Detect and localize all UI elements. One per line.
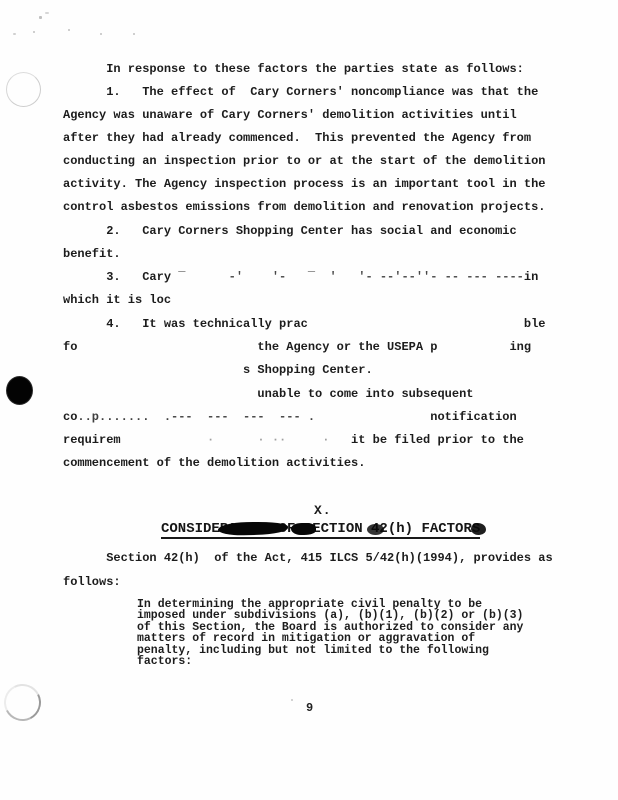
document-line: conducting an inspection prior to or at … bbox=[63, 154, 545, 168]
line-fragment: co bbox=[63, 410, 77, 424]
block-quote: In determining the appropriate civil pen… bbox=[137, 599, 523, 667]
document-line: 1. The effect of Cary Corners' noncompli… bbox=[63, 85, 538, 99]
document-line-faded: 3. Cary ¯ -' '- ¯ ' '- --'--''- -- --- -… bbox=[63, 270, 538, 284]
scanned-document-page: In response to these factors the parties… bbox=[0, 0, 618, 800]
document-line: unable to come into subsequent bbox=[63, 387, 473, 401]
ink-smudge-icon bbox=[367, 524, 384, 535]
document-line: Section 42(h) of the Act, 415 ILCS 5/42(… bbox=[63, 551, 553, 565]
line-fragment: notification bbox=[315, 410, 517, 424]
document-line-faded: co..p....... .--- --- --- --- . notifica… bbox=[63, 410, 517, 424]
document-line: In response to these factors the parties… bbox=[63, 62, 524, 76]
page-number: 9 bbox=[306, 701, 313, 715]
document-line: fo the Agency or the USEPA p ing bbox=[63, 340, 531, 354]
pencil-speck bbox=[133, 33, 135, 35]
line-fragment: in bbox=[524, 270, 538, 284]
punch-hole-arc-icon bbox=[0, 679, 46, 726]
document-line: which it is loc bbox=[63, 293, 171, 307]
line-fragment: 3. Cary bbox=[63, 270, 178, 284]
pencil-speck bbox=[100, 33, 102, 35]
punch-hole-filled-icon bbox=[7, 377, 32, 404]
document-line: after they had already commenced. This p… bbox=[63, 131, 531, 145]
pencil-speck bbox=[33, 31, 35, 33]
document-line: 4. It was technically prac ble bbox=[63, 317, 545, 331]
section-number: X. bbox=[314, 504, 332, 518]
faded-text-artifact: ..p....... .--- --- --- --- . bbox=[77, 410, 315, 424]
line-fragment: it be filed prior to the bbox=[351, 433, 524, 447]
document-line: benefit. bbox=[63, 247, 121, 261]
pencil-speck bbox=[68, 29, 70, 31]
pencil-speck bbox=[13, 33, 16, 35]
document-line-faded: requirem · · ·· · it be filed prior to t… bbox=[63, 433, 524, 447]
ink-smudge-icon bbox=[471, 523, 486, 535]
pencil-speck bbox=[291, 699, 293, 701]
document-line: s Shopping Center. bbox=[63, 363, 373, 377]
document-line: commencement of the demolition activitie… bbox=[63, 456, 365, 470]
document-line: activity. The Agency inspection process … bbox=[63, 177, 545, 191]
line-fragment: requirem bbox=[63, 433, 121, 447]
document-line: 2. Cary Corners Shopping Center has soci… bbox=[63, 224, 517, 238]
ink-smudge-icon bbox=[291, 523, 316, 535]
document-line: Agency was unaware of Cary Corners' demo… bbox=[63, 108, 517, 122]
faded-text-artifact: · · ·· · bbox=[121, 433, 351, 447]
faded-text-artifact: ¯ -' '- ¯ ' '- --'--''- -- --- ---- bbox=[178, 270, 524, 284]
pencil-speck bbox=[45, 12, 49, 14]
punch-hole-outline-icon bbox=[6, 72, 41, 107]
section-heading: CONSIDERATION OF SECTION 42(h) FACTORS bbox=[161, 521, 480, 539]
section-heading-text: CONSIDERATION OF SECTION 42(h) FACTORS bbox=[161, 521, 480, 537]
document-line: follows: bbox=[63, 575, 121, 589]
document-line: control asbestos emissions from demoliti… bbox=[63, 200, 545, 214]
pencil-speck bbox=[39, 16, 42, 19]
